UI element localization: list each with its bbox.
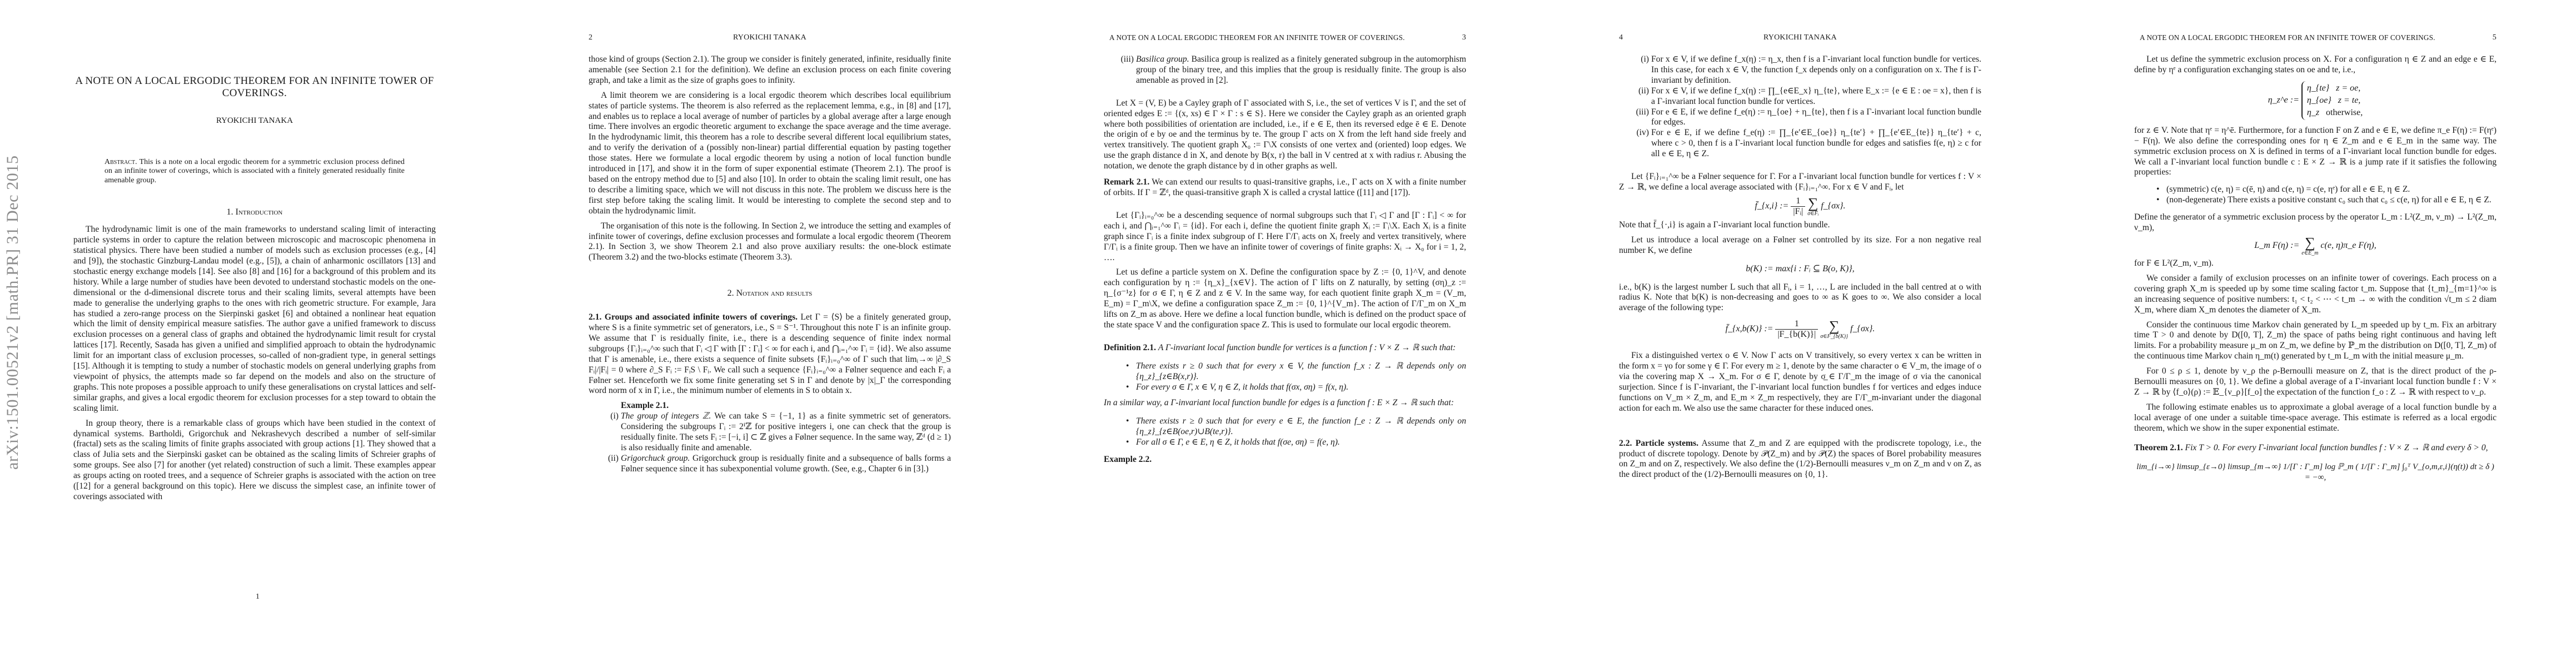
example-item: (iv) For e ∈ E, if we define f_e(η) := ∏… <box>1651 128 1981 160</box>
item-head: The group of integers ℤ. <box>621 411 711 421</box>
page-number: 5 <box>2493 33 2497 42</box>
running-head-title: A NOTE ON A LOCAL ERGODIC THEOREM FOR AN… <box>2140 33 2489 42</box>
item-head: Grigorchuck group. <box>621 454 690 463</box>
page-2: 2 RYOKICHI TANAKA those kind of groups (… <box>515 0 1030 667</box>
eq-denominator: |Fᵢ| <box>1791 207 1805 217</box>
paragraph: The following estimate enables us to app… <box>2134 402 2497 434</box>
bullet-item: (non-degenerate) There exists a positive… <box>2166 195 2497 206</box>
page-3: A NOTE ON A LOCAL ERGODIC THEOREM FOR AN… <box>1030 0 1546 667</box>
item-label: (ii) <box>602 454 619 464</box>
example-label: Example 2.1. <box>589 401 951 411</box>
eq-numerator: 1 <box>1791 196 1805 207</box>
paper-author: RYOKICHI TANAKA <box>73 116 436 126</box>
case-condition: z = oe, <box>2336 83 2360 93</box>
subsection-2-1: 2.1. Groups and associated infinite towe… <box>589 312 951 396</box>
equation-generator: L_m F(η) := ∑e∈E_m c(e, η)π_e F(η), <box>2134 236 2497 256</box>
equation-local-average-bK: f̄_{x,b(K)} := 1|F_{b(K)}| ∑σ∈F_{b(K)} f… <box>1619 319 1981 340</box>
bullet-item: For all σ ∈ Γ, e ∈ E, η ∈ Z, it holds th… <box>1136 437 1466 448</box>
bullet-item: There exists r ≥ 0 such that for every e… <box>1136 416 1466 437</box>
definition-edges-text: In a similar way, a Γ-invariant local fu… <box>1104 398 1466 409</box>
paragraph: i.e., b(K) is the largest number L such … <box>1619 282 1981 314</box>
example-list: (i) The group of integers ℤ. We can take… <box>589 411 951 474</box>
definition-text: A Γ-invariant local function bundle for … <box>1158 343 1456 352</box>
example-item: (iii) For e ∈ E, if we define f_e(η) := … <box>1651 107 1981 128</box>
eq-lhs: L_m F(η) := <box>2254 241 2299 250</box>
section-heading-introduction: 1. Introduction <box>73 207 436 218</box>
page-1: arXiv:1501.00521v2 [math.PR] 31 Dec 2015… <box>0 0 515 667</box>
item-head: Basilica group. <box>1136 54 1189 64</box>
paper-title: A NOTE ON A LOCAL ERGODIC THEOREM FOR AN… <box>73 75 436 99</box>
item-label: (iii) <box>1117 54 1134 65</box>
paragraph: The hydrodynamic limit is one of the mai… <box>73 225 436 414</box>
abstract-label: Abstract. <box>104 158 137 166</box>
item-label: (iv) <box>1632 128 1649 138</box>
page-5: A NOTE ON A LOCAL ERGODIC THEOREM FOR AN… <box>2061 0 2576 667</box>
paragraph: In group theory, there is a remarkable c… <box>73 419 436 502</box>
eq-numerator: 1 <box>1775 319 1818 330</box>
paragraph: Define the generator of a symmetric excl… <box>2134 212 2497 233</box>
case-condition: z = te, <box>2338 96 2361 105</box>
running-head: 2 RYOKICHI TANAKA <box>589 33 951 43</box>
remark-label: Remark 2.1. <box>1104 177 1149 187</box>
running-head-title: RYOKICHI TANAKA <box>589 33 951 42</box>
eq-rhs: c(e, η)π_e F(η), <box>2320 241 2376 250</box>
definition-bullets-vertices: There exists r ≥ 0 such that for every x… <box>1104 361 1466 393</box>
paragraph: Let us define the symmetric exclusion pr… <box>2134 54 2497 76</box>
paragraph: For 0 ≤ ρ ≤ 1, denote by ν_ρ the ρ-Berno… <box>2134 366 2497 398</box>
remark: Remark 2.1. We can extend our results to… <box>1104 177 1466 198</box>
page-number: 1 <box>0 593 515 601</box>
sum-symbol: ∑e∈E_m <box>2301 236 2318 256</box>
equation-bK: b(K) := max{i : Fᵢ ⊆ B(o, K)}, <box>1619 264 1981 275</box>
item-label: (i) <box>602 411 619 422</box>
eq-rhs: f_{σx}. <box>1821 201 1845 211</box>
subsection-label: 2.2. Particle systems. <box>1619 439 1698 448</box>
paragraph: We consider a family of exclusion proces… <box>2134 273 2497 316</box>
eq-lhs: f̄_{x,i} := <box>1755 201 1788 211</box>
running-head: A NOTE ON A LOCAL ERGODIC THEOREM FOR AN… <box>1104 33 1466 43</box>
eq-rhs: f_{σx}. <box>1850 324 1875 333</box>
theorem-text: Fix T > 0. For every Γ-invariant local f… <box>2185 443 2488 452</box>
case-value: η_z <box>2307 108 2319 117</box>
bullet-item: (symmetric) c(e, η) = c(ē, η) and c(e, η… <box>2166 185 2497 195</box>
example-label: Example 2.2. <box>1104 455 1466 465</box>
example-item: (ii) Grigorchuck group. Grigorchuck grou… <box>621 454 951 475</box>
abstract: Abstract. This is a note on a local ergo… <box>104 158 405 186</box>
item-text: For x ∈ V, if we define f_x(η) := η_x, t… <box>1651 54 1981 85</box>
definition-bullets-edges: There exists r ≥ 0 such that for every e… <box>1104 416 1466 448</box>
sum-subscript: e∈E_m <box>2301 250 2318 256</box>
cases-brace: η_{te} z = oe, η_{oe} z = te, η_z otherw… <box>2301 81 2363 120</box>
theorem-label: Theorem 2.1. <box>2134 443 2183 452</box>
case-condition: otherwise, <box>2326 108 2363 117</box>
bullet-item: There exists r ≥ 0 such that for every x… <box>1136 361 1466 382</box>
definition-label: Definition 2.1. <box>1104 343 1156 352</box>
paragraph: Note that f̄_{·,i} is again a Γ-invarian… <box>1619 220 1981 231</box>
sum-subscript: σ∈F_{b(K)} <box>1820 333 1848 340</box>
paragraph: The organisation of this note is the fol… <box>589 221 951 263</box>
bullet-item: For every σ ∈ Γ, x ∈ V, η ∈ Z, it holds … <box>1136 382 1466 393</box>
page-number: 3 <box>1462 33 1466 42</box>
example-list: (i) For x ∈ V, if we define f_x(η) := η_… <box>1619 54 1981 160</box>
running-head: 4 RYOKICHI TANAKA <box>1619 33 1981 43</box>
example-list: (iii) Basilica group. Basilica group is … <box>1104 54 1466 86</box>
running-head-title: A NOTE ON A LOCAL ERGODIC THEOREM FOR AN… <box>1109 33 1458 42</box>
sum-symbol: ∑σ∈Fᵢ <box>1807 196 1818 217</box>
equation-theorem: lim_{i→∞} limsup_{ε→0} limsup_{m→∞} 1/[Γ… <box>2134 462 2497 483</box>
paragraph: Let {Fᵢ}ᵢ₌₁^∞ be a Følner sequence for Γ… <box>1619 172 1981 193</box>
paragraph: for F ∈ L²(Z_m, ν_m). <box>2134 258 2497 269</box>
definition: Definition 2.1. A Γ-invariant local func… <box>1104 343 1466 354</box>
paragraph: Let us introduce a local average on a Fø… <box>1619 235 1981 256</box>
section-heading-notation: 2. Notation and results <box>589 288 951 299</box>
item-label: (i) <box>1632 54 1649 65</box>
item-text: For x ∈ V, if we define f_x(η) := ∏_{e∈E… <box>1651 86 1981 106</box>
jump-rate-bullets: (symmetric) c(e, η) = c(ē, η) and c(e, η… <box>2134 185 2497 206</box>
example-item: (i) The group of integers ℤ. We can take… <box>621 411 951 454</box>
example-item: (ii) For x ∈ V, if we define f_x(η) := ∏… <box>1651 86 1981 107</box>
sum-subscript: σ∈Fᵢ <box>1807 211 1818 217</box>
theorem: Theorem 2.1. Fix T > 0. For every Γ-inva… <box>2134 443 2497 454</box>
equation-exchange-cases: η_z^e := η_{te} z = oe, η_{oe} z = te, η… <box>2134 81 2497 120</box>
paragraph: for z ∈ V. Note that ηᵉ = η^ē. Furthermo… <box>2134 126 2497 178</box>
eq-fraction: 1|F_{b(K)}| <box>1775 319 1818 340</box>
eq-denominator: |F_{b(K)}| <box>1775 330 1818 340</box>
paragraph: Let {Γᵢ}ᵢ₌₀^∞ be a descending sequence o… <box>1104 211 1466 263</box>
eq-lhs: η_z^e := <box>2268 95 2299 104</box>
paragraph: Let us define a particle system on X. De… <box>1104 267 1466 330</box>
subsection-label: 2.1. Groups and associated infinite towe… <box>589 312 798 322</box>
running-head-title: RYOKICHI TANAKA <box>1619 33 1981 42</box>
example-item: (i) For x ∈ V, if we define f_x(η) := η_… <box>1651 54 1981 86</box>
subsection-text: Let Γ = ⟨S⟩ be a finitely generated grou… <box>589 312 951 395</box>
sum-symbol: ∑σ∈F_{b(K)} <box>1820 319 1848 340</box>
case-value: η_{oe} <box>2307 96 2331 105</box>
eq-fraction: 1|Fᵢ| <box>1791 196 1805 217</box>
item-label: (iii) <box>1632 107 1649 118</box>
arxiv-stamp: arXiv:1501.00521v2 [math.PR] 31 Dec 2015 <box>3 155 22 470</box>
running-head: A NOTE ON A LOCAL ERGODIC THEOREM FOR AN… <box>2134 33 2497 43</box>
abstract-text: This is a note on a local ergodic theore… <box>104 158 405 185</box>
item-text: For e ∈ E, if we define f_e(η) := ∏_{e′∈… <box>1651 128 1981 158</box>
paragraph: Let X = (V, E) be a Cayley graph of Γ as… <box>1104 98 1466 172</box>
eq-lhs: f̄_{x,b(K)} := <box>1726 324 1773 333</box>
remark-text: We can extend our results to quasi-trans… <box>1104 177 1466 197</box>
subsection-2-2: 2.2. Particle systems. Assume that Z_m a… <box>1619 439 1981 481</box>
example-item: (iii) Basilica group. Basilica group is … <box>1136 54 1466 86</box>
paragraph: A limit theorem we are considering is a … <box>589 91 951 217</box>
case-value: η_{te} <box>2307 83 2329 93</box>
paragraph: Consider the continuous time Markov chai… <box>2134 320 2497 362</box>
item-text: For e ∈ E, if we define f_e(η) := η_{oe}… <box>1651 107 1981 127</box>
item-label: (ii) <box>1632 86 1649 97</box>
page-4: 4 RYOKICHI TANAKA (i) For x ∈ V, if we d… <box>1546 0 2061 667</box>
paragraph: Fix a distinguished vertex o ∈ V. Now Γ … <box>1619 351 1981 414</box>
paragraph: those kind of groups (Section 2.1). The … <box>589 54 951 86</box>
equation-local-average: f̄_{x,i} := 1|Fᵢ| ∑σ∈Fᵢ f_{σx}. <box>1619 196 1981 217</box>
